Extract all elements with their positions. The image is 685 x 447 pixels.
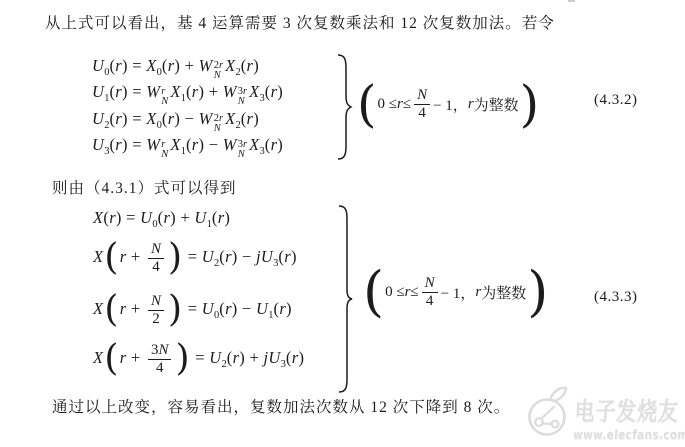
elecfans-logo-icon: [528, 384, 570, 440]
watermark-site-name: 电子发烧友: [573, 392, 685, 428]
equation-xn2: X(r + N2) = U0(r) − U1(r): [93, 288, 292, 337]
equation-number-433: (4.3.3): [594, 289, 638, 306]
equation-u3: U3(r) = WrNX1(r) − W3rNX3(r): [92, 133, 283, 164]
condition-range-1: (0 ≤ r ≤ N4 − 1， r为整数): [356, 78, 540, 130]
paragraph-intro: 从上式可以看出，基 4 运算需要 3 次复数乘法和 12 次复数加法。若令: [45, 11, 555, 33]
equation-xn4: X(r + N4) = U2(r) − jU3(r): [93, 236, 297, 285]
equation-x3n4: X(r + 3N4) = U2(r) + jU3(r): [93, 337, 304, 386]
cropped-glyph-artifact: [568, 0, 575, 2]
grouping-brace-1: [337, 54, 353, 160]
watermark: 电子发烧友 www.elecfans.com: [528, 384, 685, 443]
equation-x0: X(r) = U0(r) + U1(r): [93, 206, 230, 237]
equation-number-432: (4.3.2): [594, 92, 638, 109]
grouping-brace-2: [338, 205, 354, 393]
paragraph-closing: 通过以上改变，容易看出，复数加法次数从 12 次下降到 8 次。: [52, 395, 510, 417]
document-page: 从上式可以看出，基 4 运算需要 3 次复数乘法和 12 次复数加法。若令 U0…: [0, 0, 685, 447]
watermark-site-url: www.elecfans.com: [572, 428, 685, 443]
condition-range-2: (0 ≤ r ≤ N4 − 1， r为整数): [362, 264, 549, 320]
paragraph-middle: 则由（4.3.1）式可以得到: [52, 176, 237, 198]
